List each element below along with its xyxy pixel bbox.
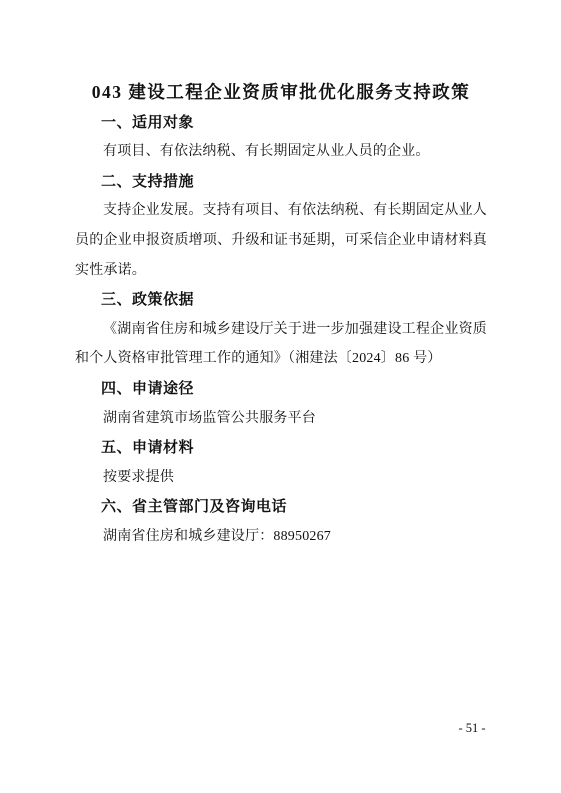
section-body: 湖南省住房和城乡建设厅：88950267 [75,522,487,552]
section-body: 《湖南省住房和城乡建设厅关于进一步加强建设工程企业资质和个人资格审批管理工作的通… [75,315,487,374]
section-body: 湖南省建筑市场监管公共服务平台 [75,404,487,434]
document-page: 043 建设工程企业资质审批优化服务支持政策 一、适用对象 有项目、有依法纳税、… [0,0,561,793]
section-body: 按要求提供 [75,463,487,493]
section-policy-basis: 三、政策依据 《湖南省住房和城乡建设厅关于进一步加强建设工程企业资质和个人资格审… [75,285,487,374]
document-content: 043 建设工程企业资质审批优化服务支持政策 一、适用对象 有项目、有依法纳税、… [75,78,487,552]
section-heading: 四、申请途径 [75,374,487,404]
section-heading: 三、政策依据 [75,285,487,315]
section-applicable-targets: 一、适用对象 有项目、有依法纳税、有长期固定从业人员的企业。 [75,108,487,167]
section-heading: 五、申请材料 [75,433,487,463]
section-heading: 二、支持措施 [75,167,487,197]
section-heading: 六、省主管部门及咨询电话 [75,492,487,522]
section-body: 有项目、有依法纳税、有长期固定从业人员的企业。 [75,137,487,167]
section-application-channel: 四、申请途径 湖南省建筑市场监管公共服务平台 [75,374,487,433]
section-department-phone: 六、省主管部门及咨询电话 湖南省住房和城乡建设厅：88950267 [75,492,487,551]
section-heading: 一、适用对象 [75,108,487,138]
page-title: 043 建设工程企业资质审批优化服务支持政策 [75,78,487,108]
section-body: 支持企业发展。支持有项目、有依法纳税、有长期固定从业人员的企业申报资质增项、升级… [75,196,487,285]
section-support-measures: 二、支持措施 支持企业发展。支持有项目、有依法纳税、有长期固定从业人员的企业申报… [75,167,487,285]
section-application-materials: 五、申请材料 按要求提供 [75,433,487,492]
page-number: - 51 - [432,721,512,736]
